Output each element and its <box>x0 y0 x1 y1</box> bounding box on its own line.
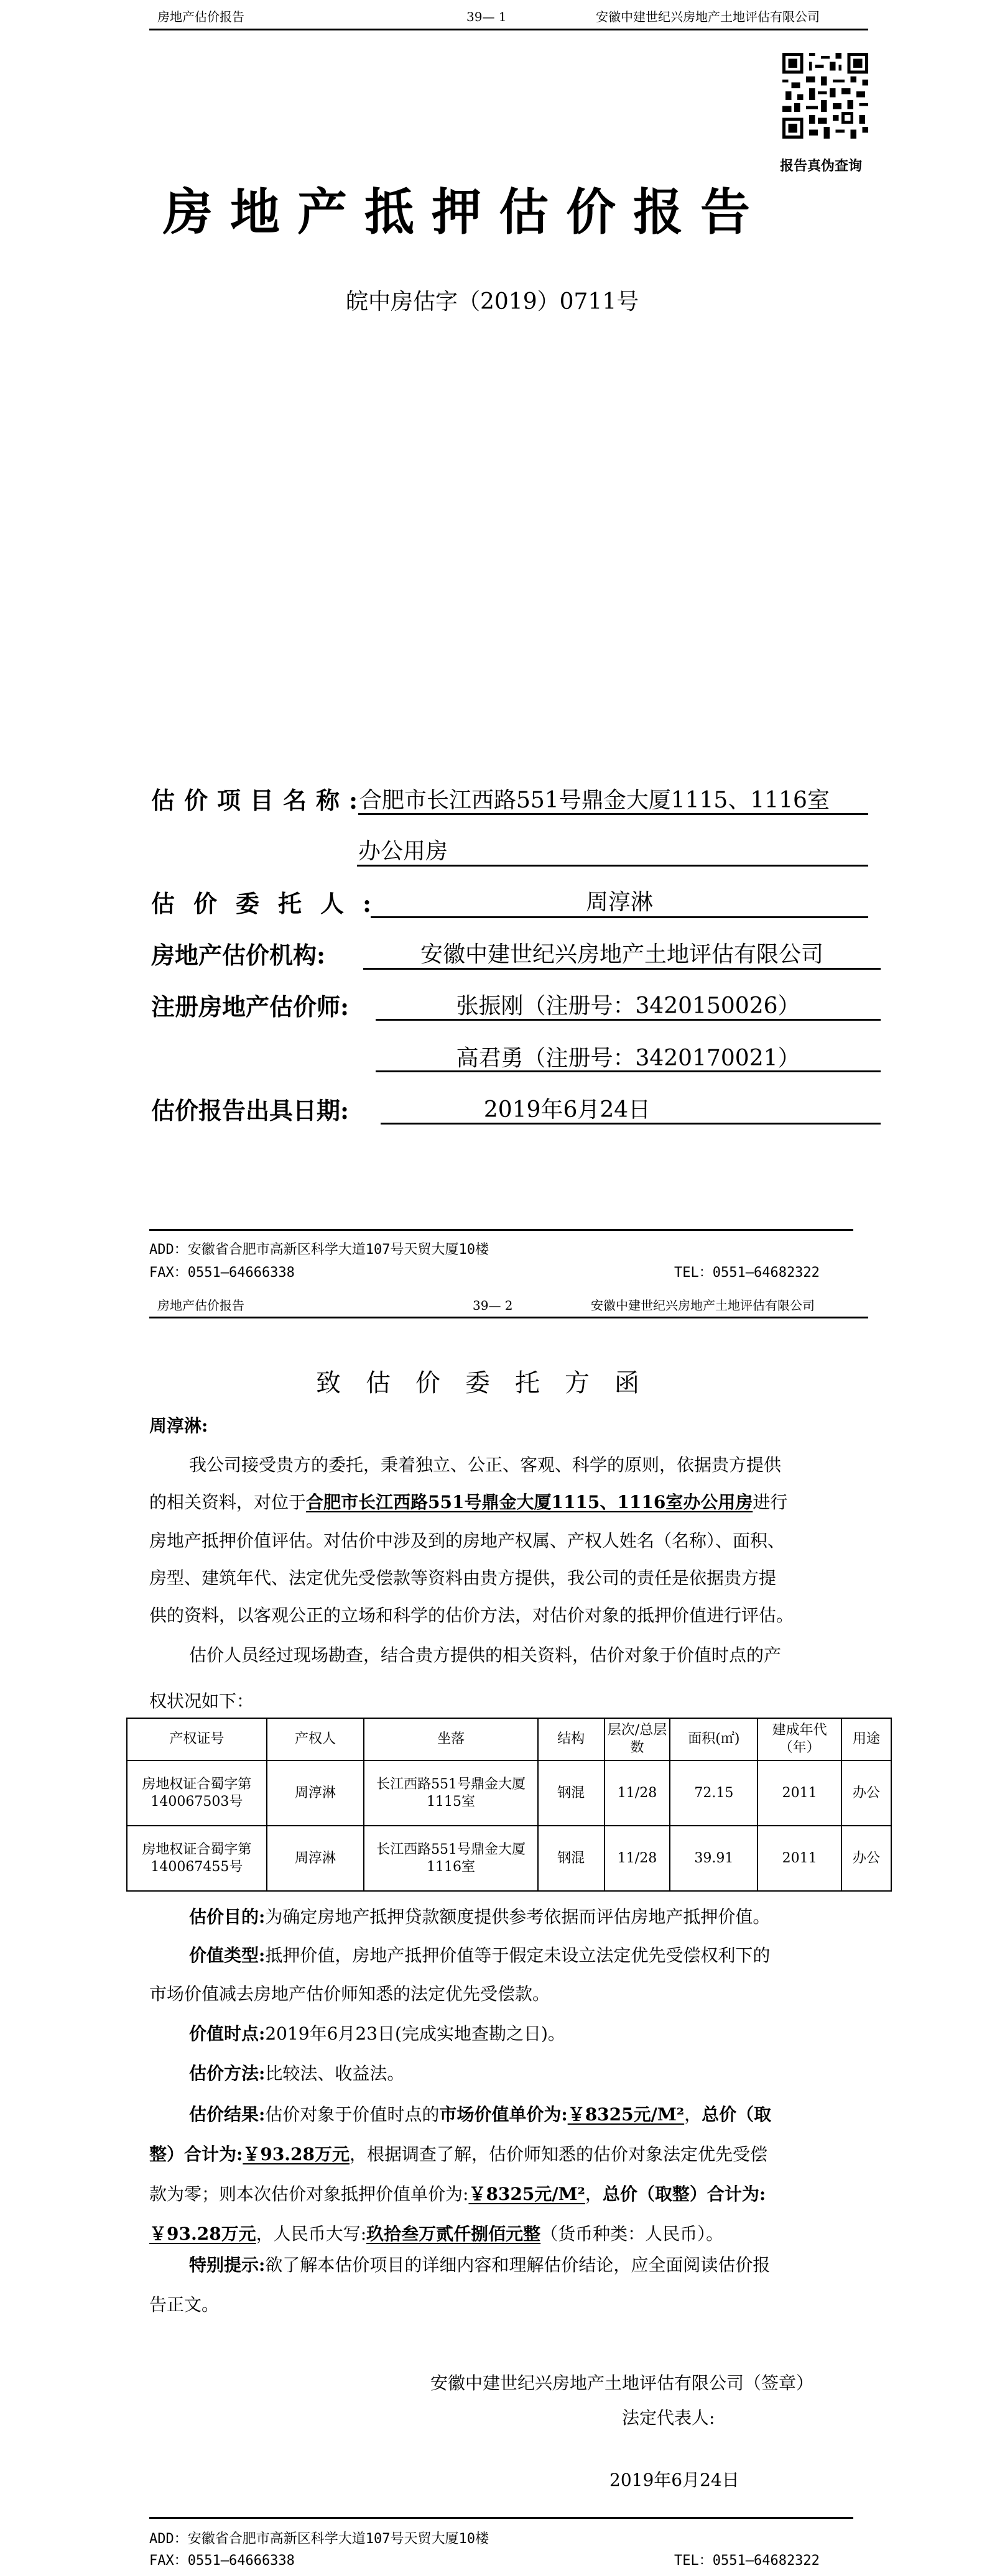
para1-line1: 我公司接受贵方的委托，秉着独立、公正、客观、科学的原则，依据贵方提供 <box>189 1455 781 1475</box>
page-number: 39— 1 <box>466 10 507 24</box>
appraiser-label: 注册房地产估价师: <box>151 994 349 1020</box>
appraiser-1-value: 张振刚（注册号：3420150026） <box>376 994 881 1019</box>
notice-label: 特别提示: <box>189 2255 265 2275</box>
unit-price: ￥8325元/M² <box>568 2104 684 2125</box>
cell: 房地权证合蜀字第140067455号 <box>127 1826 267 1891</box>
text: （货币种类：人民币）。 <box>540 2224 723 2244</box>
text: 总价（取整）合计为: <box>603 2184 766 2204</box>
issue-date-underline <box>381 1123 881 1125</box>
table-header-row: 产权证号 产权人 坐落 结构 层次/总层数 面积(㎡) 建成年代（年） 用途 <box>127 1718 891 1760</box>
cell: 11/28 <box>605 1760 670 1826</box>
result-line1: 估价结果:估价对象于价值时点的市场价值单价为:￥8325元/M²，总价（取 <box>189 2105 771 2125</box>
cell: 周淳淋 <box>267 1826 364 1891</box>
legal-representative: 法定代表人: <box>622 2408 715 2428</box>
notice-text: 欲了解本估价项目的详细内容和理解估价结论，应全面阅读估价报 <box>265 2255 770 2275</box>
method-text: 比较法、收益法。 <box>265 2063 404 2084</box>
para1-line2: 的相关资料，对位于合肥市长江西路551号鼎金大厦1115、1116室办公用房进行 <box>149 1493 787 1512</box>
column-header: 坐落 <box>364 1718 537 1760</box>
cell: 11/28 <box>605 1826 670 1891</box>
column-header: 产权证号 <box>127 1718 267 1760</box>
cell: 钢混 <box>538 1826 605 1891</box>
client-value: 周淳淋 <box>371 890 868 915</box>
qr-code-icon <box>782 53 868 139</box>
value-date-label: 价值时点: <box>189 2023 265 2044</box>
page-number: 39— 2 <box>473 1299 513 1312</box>
footer-fax: FAX：0551—64666338 <box>149 1266 295 1281</box>
table-row: 房地权证合蜀字第140067455号 周淳淋 长江西路551号鼎金大厦1116室… <box>127 1826 891 1891</box>
agency-value: 安徽中建世纪兴房地产土地评估有限公司 <box>363 942 881 967</box>
column-header: 用途 <box>841 1718 891 1760</box>
value-date: 价值时点:2019年6月23日(完成实地查勘之日)。 <box>189 2024 565 2044</box>
value-type: 价值类型:抵押价值，房地产抵押价值等于假定未设立法定优先受偿权利下的 <box>189 1946 770 1966</box>
para1-line5: 供的资料，以客观公正的立场和科学的估价方法，对估价对象的抵押价值进行评估。 <box>149 1606 794 1626</box>
header-rule <box>149 29 868 30</box>
column-header: 结构 <box>538 1718 605 1760</box>
text: ， <box>684 2104 702 2125</box>
running-header-left: 房地产估价报告 <box>157 10 244 24</box>
issue-date-value: 2019年6月24日 <box>381 1098 754 1123</box>
mortgage-total-price: ￥93.28万元 <box>149 2224 256 2244</box>
cell: 39.91 <box>670 1826 758 1891</box>
footer-tel: TEL：0551—64682322 <box>674 1266 820 1281</box>
result-label: 估价结果: <box>189 2104 265 2125</box>
report-number: 皖中房估字（2019）0711号 <box>346 290 639 315</box>
text: ，人民币大写: <box>256 2224 366 2244</box>
client-underline <box>371 916 868 918</box>
issue-date-label: 估价报告出具日期: <box>151 1098 349 1124</box>
para1-line3: 房地产抵押价值评估。对估价中涉及到的房地产权属、产权人姓名（名称）、面积、 <box>149 1531 785 1551</box>
footer-address: ADD：安徽省合肥市高新区科学大道107号天贸大厦10楼 <box>149 1243 489 1258</box>
qr-caption: 报告真伪查询 <box>780 155 862 175</box>
result-line3: 款为零；则本次估价对象抵押价值单价为:￥8325元/M²，总价（取整）合计为: <box>149 2184 766 2204</box>
client-label: 估价委托人: <box>151 891 390 917</box>
footer-address: ADD：安徽省合肥市高新区科学大道107号天贸大厦10楼 <box>149 2532 489 2547</box>
capital-amount: 玖拾叁万贰仟捌佰元整 <box>366 2224 540 2244</box>
agency-underline <box>363 968 881 970</box>
text: 进行 <box>753 1492 787 1512</box>
salutation: 周淳淋: <box>149 1416 208 1436</box>
footer-rule <box>149 2517 853 2519</box>
value-type-label: 价值类型: <box>189 1945 265 1966</box>
notice-cont: 告正文。 <box>149 2295 219 2315</box>
text: 整）合计为: <box>149 2144 243 2164</box>
cell: 长江西路551号鼎金大厦1115室 <box>364 1760 537 1826</box>
project-name-value: 合肥市长江西路551号鼎金大厦1115、1116室 <box>359 788 830 813</box>
cell: 办公 <box>841 1760 891 1826</box>
project-name-underline <box>358 813 868 815</box>
column-header: 面积(㎡) <box>670 1718 758 1760</box>
agency-label: 房地产估价机构: <box>151 942 325 968</box>
value-type-text: 抵押价值，房地产抵押价值等于假定未设立法定优先受偿权利下的 <box>265 1945 770 1966</box>
running-header-right: 安徽中建世纪兴房地产土地评估有限公司 <box>591 1299 815 1312</box>
text: 款为零；则本次估价对象抵押价值单价为: <box>149 2184 468 2204</box>
mortgage-unit-price: ￥8325元/M² <box>468 2184 585 2204</box>
cell: 2011 <box>758 1826 841 1891</box>
property-rights-table: 产权证号 产权人 坐落 结构 层次/总层数 面积(㎡) 建成年代（年） 用途 房… <box>126 1718 892 1892</box>
letter-title: 致估价委托方函 <box>316 1369 664 1397</box>
result-line4: ￥93.28万元，人民币大写:玖拾叁万贰仟捌佰元整（货币种类：人民币）。 <box>149 2224 723 2244</box>
para1-line4: 房型、建筑年代、法定优先受偿款等资料由贵方提供，我公司的责任是依据贵方提 <box>149 1568 776 1588</box>
para2-line2: 权状况如下： <box>149 1691 254 1711</box>
text: 市场价值单价为: <box>439 2104 567 2125</box>
method: 估价方法:比较法、收益法。 <box>189 2064 404 2084</box>
text: 总价（取 <box>702 2104 771 2125</box>
header-rule <box>149 1317 868 1318</box>
table-row: 房地权证合蜀字第140067503号 周淳淋 长江西路551号鼎金大厦1115室… <box>127 1760 891 1826</box>
signature-company: 安徽中建世纪兴房地产土地评估有限公司（签章） <box>430 2373 813 2393</box>
cell: 钢混 <box>538 1760 605 1826</box>
property-address: 合肥市长江西路551号鼎金大厦1115、1116室办公用房 <box>306 1492 753 1512</box>
cell: 长江西路551号鼎金大厦1116室 <box>364 1826 537 1891</box>
text: 的相关资料，对位于 <box>149 1492 306 1512</box>
purpose: 估价目的:为确定房地产抵押贷款额度提供参考依据而评估房地产抵押价值。 <box>189 1907 770 1927</box>
report-title: 房地产抵押估价报告 <box>163 184 767 240</box>
total-price: ￥93.28万元 <box>243 2144 350 2164</box>
running-header-left: 房地产估价报告 <box>157 1299 244 1312</box>
appraiser-2-value: 高君勇（注册号：3420170021） <box>376 1046 881 1071</box>
footer-rule <box>149 1229 853 1231</box>
cell: 办公 <box>841 1826 891 1891</box>
cell: 房地权证合蜀字第140067503号 <box>127 1760 267 1826</box>
footer-tel: TEL：0551—64682322 <box>674 2554 820 2569</box>
project-name-value-cont: 办公用房 <box>358 839 448 864</box>
notice: 特别提示:欲了解本估价项目的详细内容和理解估价结论，应全面阅读估价报 <box>189 2255 770 2275</box>
value-date-text: 2019年6月23日(完成实地查勘之日)。 <box>265 2023 565 2044</box>
text: ， <box>585 2184 603 2204</box>
appraiser-1-underline <box>376 1019 881 1021</box>
column-header: 建成年代（年） <box>758 1718 841 1760</box>
column-header: 层次/总层数 <box>605 1718 670 1760</box>
cell: 2011 <box>758 1760 841 1826</box>
result-line2: 整）合计为:￥93.28万元，根据调查了解，估价师知悉的估价对象法定优先受偿 <box>149 2145 767 2164</box>
method-label: 估价方法: <box>189 2063 265 2084</box>
project-name-underline-2 <box>357 865 868 867</box>
footer-fax: FAX：0551—64666338 <box>149 2554 295 2569</box>
appraiser-2-underline <box>376 1070 881 1072</box>
purpose-label: 估价目的: <box>189 1907 265 1927</box>
value-type-cont: 市场价值减去房地产估价师知悉的法定优先受偿款。 <box>149 1984 550 2004</box>
para2-line1: 估价人员经过现场勘查，结合贵方提供的相关资料，估价对象于价值时点的产 <box>189 1645 781 1665</box>
cell: 72.15 <box>670 1760 758 1826</box>
column-header: 产权人 <box>267 1718 364 1760</box>
running-header-right: 安徽中建世纪兴房地产土地评估有限公司 <box>596 10 820 24</box>
cell: 周淳淋 <box>267 1760 364 1826</box>
signature-date: 2019年6月24日 <box>609 2470 739 2490</box>
purpose-text: 为确定房地产抵押贷款额度提供参考依据而评估房地产抵押价值。 <box>265 1907 770 1927</box>
project-name-label: 估价项目名称: <box>151 788 367 814</box>
text: 估价对象于价值时点的 <box>265 2104 439 2125</box>
text: ，根据调查了解，估价师知悉的估价对象法定优先受偿 <box>350 2144 767 2164</box>
